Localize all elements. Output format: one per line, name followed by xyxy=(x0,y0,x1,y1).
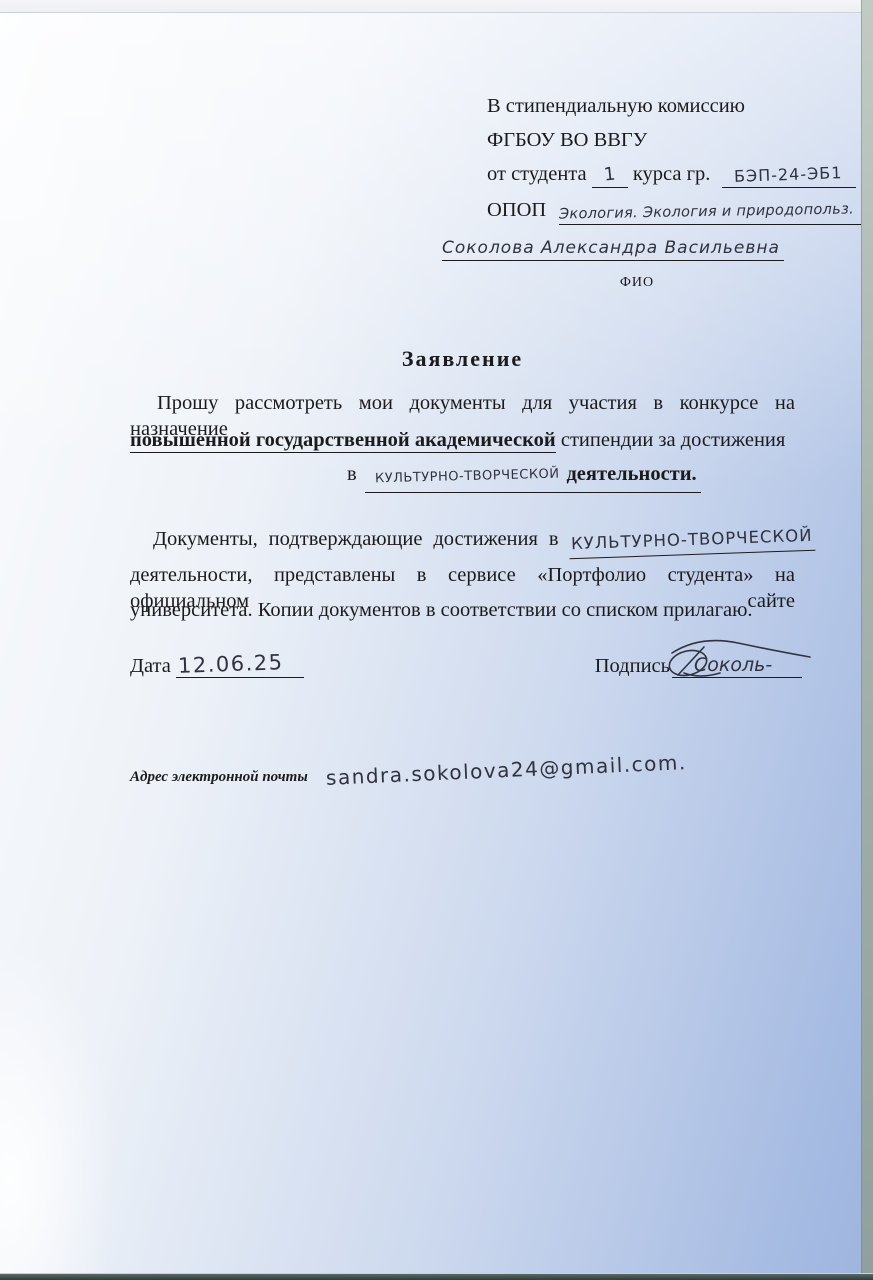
activity-type-handwritten: КУЛЬТУРНО-ТВОРЧЕСКОЙ xyxy=(374,462,559,493)
activity-type-handwritten-2: КУЛЬТУРНО-ТВОРЧЕСКОЙ xyxy=(571,523,813,557)
date-signature-row: Дата 12.06.25 Подпись Соколь- xyxy=(130,652,802,678)
p2-word-1: Документы, xyxy=(153,526,258,552)
paragraph1-line3: вКУЛЬТУРНО-ТВОРЧЕСКОЙдеятельности. xyxy=(130,461,795,493)
from-middle: курса гр. xyxy=(633,163,711,185)
preposition-v: в xyxy=(347,463,357,485)
date-label: Дата xyxy=(130,655,171,678)
scholarship-type-bold: повышенной государственной академической xyxy=(130,429,556,453)
addressee-line-2: ФГБОУ ВО ВВГУ xyxy=(487,128,847,152)
paper-top-edge xyxy=(0,0,873,13)
fio-field: Соколова Александра Васильевна xyxy=(442,235,784,261)
p2-word-3: достижения xyxy=(433,526,538,552)
from-student-line: от студента 1 курса гр. БЭП-24-ЭБ1 xyxy=(487,162,847,188)
opop-field: Экология. Экология и природопольз. xyxy=(559,198,861,225)
document-title: Заявление xyxy=(130,346,795,372)
addressee-line-1: В стипендиальную комиссию xyxy=(487,94,847,118)
email-row: Адрес электронной почты sandra.sokolova2… xyxy=(130,762,687,786)
document-photo: В стипендиальную комиссию ФГБОУ ВО ВВГУ … xyxy=(0,0,873,1280)
fio-handwritten: Соколова Александра Васильевна xyxy=(442,236,780,260)
activity-word-bold: деятельности. xyxy=(566,461,696,487)
paragraph2-line3: университета. Копии документов в соответ… xyxy=(130,597,795,623)
p2-word-2: подтверждающие xyxy=(269,526,423,552)
date-field: 12.06.25 xyxy=(176,652,304,678)
course-field: 1 xyxy=(592,162,628,188)
signature-field: Соколь- xyxy=(672,652,802,678)
from-prefix: от студента xyxy=(487,163,587,185)
activity-type-field: КУЛЬТУРНО-ТВОРЧЕСКОЙдеятельности. xyxy=(365,461,701,493)
signature-flourish: Соколь- xyxy=(660,633,830,685)
group-field: БЭП-24-ЭБ1 xyxy=(722,162,856,188)
opop-line: ОПОП Экология. Экология и природопольз. xyxy=(487,198,847,225)
date-handwritten: 12.06.25 xyxy=(177,650,283,678)
activity-type-field-2: КУЛЬТУРНО-ТВОРЧЕСКОЙ xyxy=(569,522,815,560)
addressee-block: В стипендиальную комиссию ФГБОУ ВО ВВГУ … xyxy=(487,94,847,295)
p2-word-4: в xyxy=(549,526,559,552)
signature-label: Подпись xyxy=(595,655,670,678)
paragraph1-line2: повышенной государственной академической… xyxy=(130,427,795,453)
fio-caption: ФИО xyxy=(487,271,787,295)
opop-handwritten: Экология. Экология и природопольз. xyxy=(559,197,854,226)
paragraph1-line2-rest: стипендии за достижения xyxy=(561,429,785,451)
paper-right-edge xyxy=(861,0,873,1280)
opop-label: ОПОП xyxy=(487,199,546,221)
paragraph2-line1: Документы, подтверждающие достижения в К… xyxy=(130,526,795,555)
paper-bottom-edge xyxy=(0,1273,873,1280)
group-handwritten: БЭП-24-ЭБ1 xyxy=(734,161,843,189)
course-handwritten: 1 xyxy=(603,162,617,187)
signature-handwritten: Соколь- xyxy=(694,654,772,676)
fio-line: Соколова Александра Васильевна xyxy=(487,235,847,261)
email-handwritten: sandra.sokolova24@gmail.com. xyxy=(325,750,687,790)
email-label: Адрес электронной почты xyxy=(130,769,308,785)
